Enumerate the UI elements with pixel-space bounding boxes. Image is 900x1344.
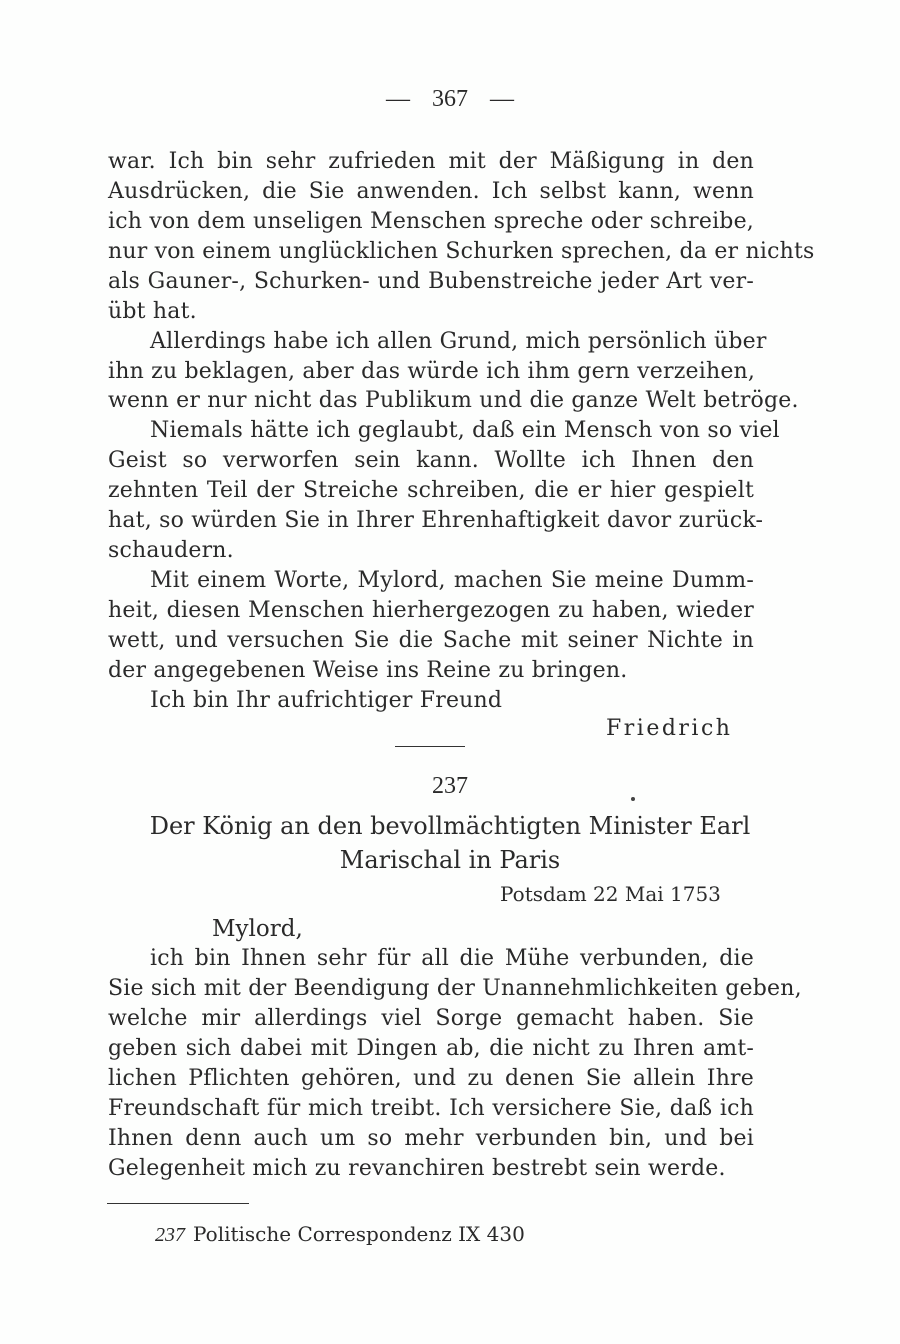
text-line: Mit einem Worte, Mylord, machen Sie mein… <box>150 566 754 596</box>
section-divider <box>395 746 465 747</box>
text-line: übt hat. <box>108 297 754 327</box>
footnote-number: 237 <box>155 1224 185 1246</box>
text-line: Gelegenheit mich zu revanchiren bestrebt… <box>108 1154 754 1184</box>
text-line: Sie sich mit der Beendigung der Unannehm… <box>108 974 754 1004</box>
text-line: hat, so würden Sie in Ihrer Ehrenhaftigk… <box>108 506 754 536</box>
text-line: war. Ich bin sehr zufrieden mit der Mäßi… <box>108 147 754 177</box>
text-line: Allerdings habe ich allen Grund, mich pe… <box>150 327 754 357</box>
text-line: Ausdrücken, die Sie anwenden. Ich selbst… <box>108 177 754 207</box>
footnote-rule <box>107 1203 249 1204</box>
dash-right: — <box>490 86 514 113</box>
page-number-value: 367 <box>432 86 468 112</box>
text-line: Freundschaft für mich treibt. Ich versic… <box>108 1094 754 1124</box>
text-line: schaudern. <box>108 536 754 566</box>
footnote: 237Politische Correspondenz IX 430 <box>155 1222 525 1247</box>
page-number: —367— <box>0 86 900 113</box>
text-line: ihn zu beklagen, aber das würde ich ihm … <box>108 357 754 387</box>
text-line: der angegebenen Weise ins Reine zu bring… <box>108 656 754 686</box>
text-line: als Gauner-, Schurken- und Bubenstreiche… <box>108 267 754 297</box>
text-line: geben sich dabei mit Dingen ab, die nich… <box>108 1034 754 1064</box>
text-line: wenn er nur nicht das Publikum und die g… <box>108 386 754 416</box>
text-line: heit, diesen Menschen hierhergezogen zu … <box>108 596 754 626</box>
closing-line: Ich bin Ihr aufrichtiger Freund <box>150 686 754 716</box>
text-line: Geist so verworfen sein kann. Wollte ich… <box>108 446 754 476</box>
text-line: lichen Pflichten gehören, und zu denen S… <box>108 1064 754 1094</box>
text-line: ich bin Ihnen sehr für all die Mühe verb… <box>150 944 754 974</box>
letter-number: 237 <box>0 773 900 800</box>
stray-mark <box>631 797 635 801</box>
place-date: Potsdam 22 Mai 1753 <box>500 882 721 906</box>
text-line: Ihnen denn auch um so mehr verbunden bin… <box>108 1124 754 1154</box>
text-line: wett, und versuchen Sie die Sache mit se… <box>108 626 754 656</box>
signature: Friedrich <box>606 716 732 741</box>
text-line: nur von einem unglücklichen Schurken spr… <box>108 237 754 267</box>
salutation: Mylord, <box>212 916 303 942</box>
text-line: Niemals hätte ich geglaubt, daß ein Mens… <box>150 416 754 446</box>
footnote-text: Politische Correspondenz IX 430 <box>193 1222 525 1246</box>
letter-title-line-1: Der König an den bevollmächtigten Minist… <box>0 812 900 840</box>
text-line: ich von dem unseligen Menschen spreche o… <box>108 207 754 237</box>
text-line: zehnten Teil der Streiche schreiben, die… <box>108 476 754 506</box>
dash-left: — <box>386 86 410 113</box>
text-line: welche mir allerdings viel Sorge gemacht… <box>108 1004 754 1034</box>
letter-title-line-2: Marischal in Paris <box>0 846 900 874</box>
